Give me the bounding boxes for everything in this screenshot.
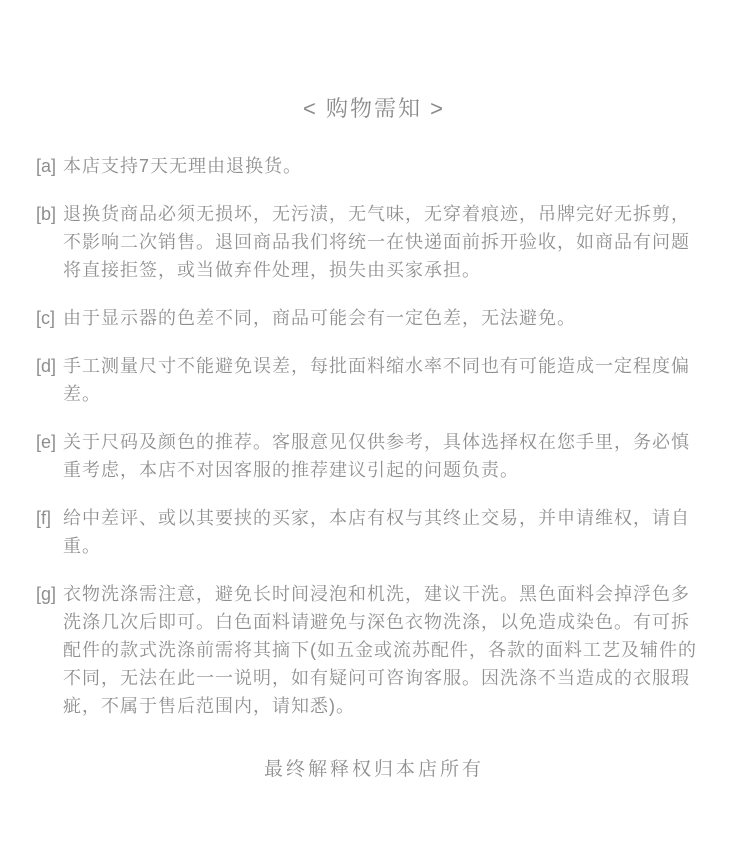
item-label-g: [g] (36, 580, 56, 608)
notice-item-g: [g] 衣物洗涤需注意，避免长时间浸泡和机洗，建议干洗。黑色面料会掉浮色多洗涤几… (36, 580, 703, 720)
notice-item-d: [d] 手工测量尺寸不能避免误差，每批面料缩水率不同也有可能造成一定程度偏差。 (36, 352, 703, 408)
item-text-f: 给中差评、或以其要挟的买家，本店有权与其终止交易，并申请维权，请自重。 (63, 508, 690, 556)
notice-item-b: [b] 退换货商品必须无损坏，无污渍，无气味，无穿着痕迹，吊牌完好无拆剪，不影响… (36, 200, 703, 284)
item-text-e: 关于尺码及颜色的推荐。客服意见仅供参考，具体选择权在您手里，务必慎重考虑，本店不… (63, 432, 690, 480)
item-label-b: [b] (36, 200, 56, 228)
footer-note: 最终解释权归本店所有 (36, 756, 712, 784)
item-text-d: 手工测量尺寸不能避免误差，每批面料缩水率不同也有可能造成一定程度偏差。 (63, 356, 690, 404)
item-label-a: [a] (36, 152, 56, 180)
notice-item-e: [e] 关于尺码及颜色的推荐。客服意见仅供参考，具体选择权在您手里，务必慎重考虑… (36, 428, 703, 484)
item-text-a: 本店支持7天无理由退换货。 (63, 156, 302, 176)
page-title: < 购物需知 > (36, 94, 712, 124)
item-text-g: 衣物洗涤需注意，避免长时间浸泡和机洗，建议干洗。黑色面料会掉浮色多洗涤几次后即可… (63, 584, 697, 716)
item-label-d: [d] (36, 352, 56, 380)
item-text-c: 由于显示器的色差不同，商品可能会有一定色差，无法避免。 (63, 308, 576, 328)
notice-item-c: [c] 由于显示器的色差不同，商品可能会有一定色差，无法避免。 (36, 304, 703, 332)
item-text-b: 退换货商品必须无损坏，无污渍，无气味，无穿着痕迹，吊牌完好无拆剪，不影响二次销售… (63, 204, 690, 280)
notice-item-a: [a] 本店支持7天无理由退换货。 (36, 152, 703, 180)
item-label-f: [f] (36, 504, 51, 532)
notice-item-f: [f] 给中差评、或以其要挟的买家，本店有权与其终止交易，并申请维权，请自重。 (36, 504, 703, 560)
item-label-c: [c] (36, 304, 55, 332)
item-label-e: [e] (36, 428, 56, 456)
notice-list: [a] 本店支持7天无理由退换货。 [b] 退换货商品必须无损坏，无污渍，无气味… (36, 152, 712, 720)
shopping-notice-page: < 购物需知 > [a] 本店支持7天无理由退换货。 [b] 退换货商品必须无损… (0, 0, 750, 849)
